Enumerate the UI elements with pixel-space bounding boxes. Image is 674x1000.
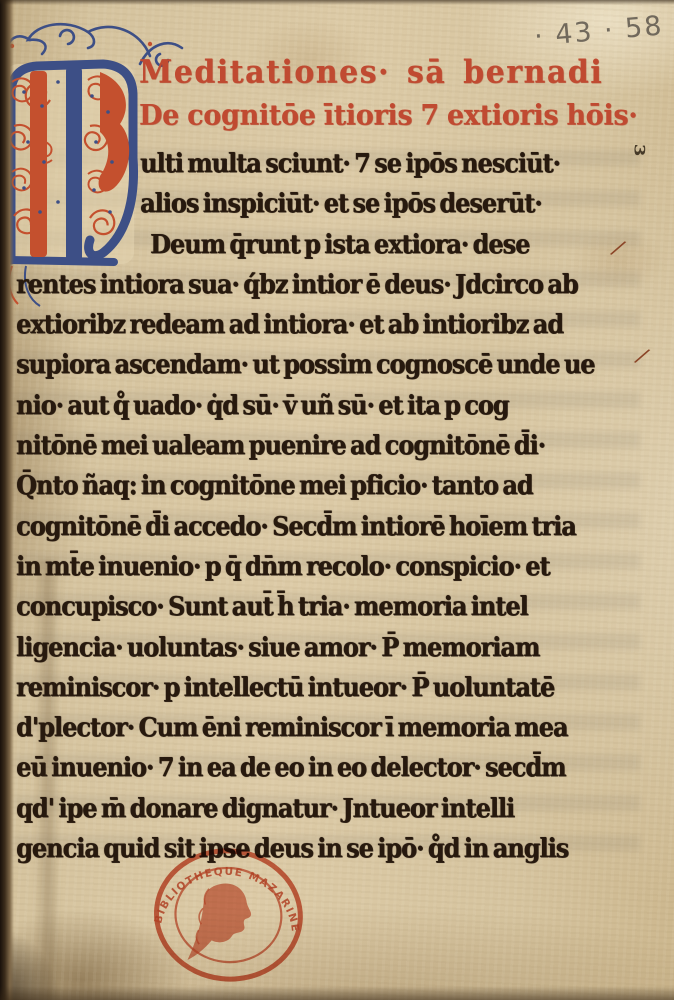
- text-line-1: ulti multa sciunt· 7 se ipōs nesciūt·: [16, 142, 668, 186]
- rubric-title: Meditationes· sā bernadi: [139, 50, 637, 96]
- shelfmark-number: · 43 · 58: [533, 10, 665, 52]
- binding-edge: [0, 0, 14, 1000]
- text-line-5: extioribz redeam ad intiora· et ab intio…: [16, 303, 668, 347]
- text-block: ulti multa sciunt· 7 se ipōs nesciūt· al…: [16, 142, 668, 867]
- text-line-12: concupisco· Sunt aut̄ h̄ tria· memoria i…: [16, 585, 668, 629]
- page-top-edge: [0, 0, 674, 5]
- text-line-15: d'plector· Cum ēni reminiscor ī memoria …: [16, 706, 668, 750]
- text-line-11: in mt̄e inuenio· p q̄ dn̄m recolo· consp…: [16, 545, 668, 589]
- stamp-profile-head: [187, 880, 254, 966]
- rubric-subtitle: De cognitōe ītioris 7 extioris hōis·: [139, 94, 637, 138]
- text-line-13: ligencia· uoluntas· siue amor· P̄ memori…: [16, 626, 668, 670]
- page-bottom-shadow: [0, 986, 674, 1000]
- text-line-8: nitōnē mei ualeam puenire ad cognitōnē d…: [16, 424, 668, 468]
- text-line-14: reminiscor· p intellectū intueor· P̄ uol…: [16, 666, 668, 710]
- text-line-16: eū inuenio· 7 in ea de eo in eo delector…: [16, 746, 668, 790]
- text-line-2: alios inspiciūt· et se ipōs deserūt·: [16, 182, 668, 226]
- text-line-6: supiora ascendam· ut possim cognoscē und…: [16, 343, 668, 387]
- text-line-7: nio· aut q̊ uado· q̇d sū· v̄ uñ sū· et i…: [16, 384, 668, 428]
- text-line-9: Q̄nto ñaq: in cognitōne mei pficio· tant…: [16, 464, 668, 508]
- text-line-3: Deum q̄runt p ista extiora· dese: [16, 223, 668, 267]
- text-line-10: cognitōnē d̄i accedo· Secd̄m intiorē hoī…: [16, 505, 668, 549]
- text-line-18: gencia quid sit ipse deus in se ipō· q̊d…: [16, 827, 668, 871]
- rubric-heading: Meditationes· sā bernadi De cognitōe īti…: [139, 50, 637, 136]
- library-stamp: BIBLIOTHEQUE MAZARINE: [139, 835, 318, 1000]
- text-line-17: qd' ipe m̄ donare dignatur· Jntueor inte…: [16, 787, 668, 831]
- marginal-mark: ɜ: [629, 144, 653, 156]
- manuscript-page: · 43 · 58 ɜ: [0, 0, 674, 1000]
- text-line-4: rentes intiora sua· q́bz intior ē deus· …: [16, 263, 668, 307]
